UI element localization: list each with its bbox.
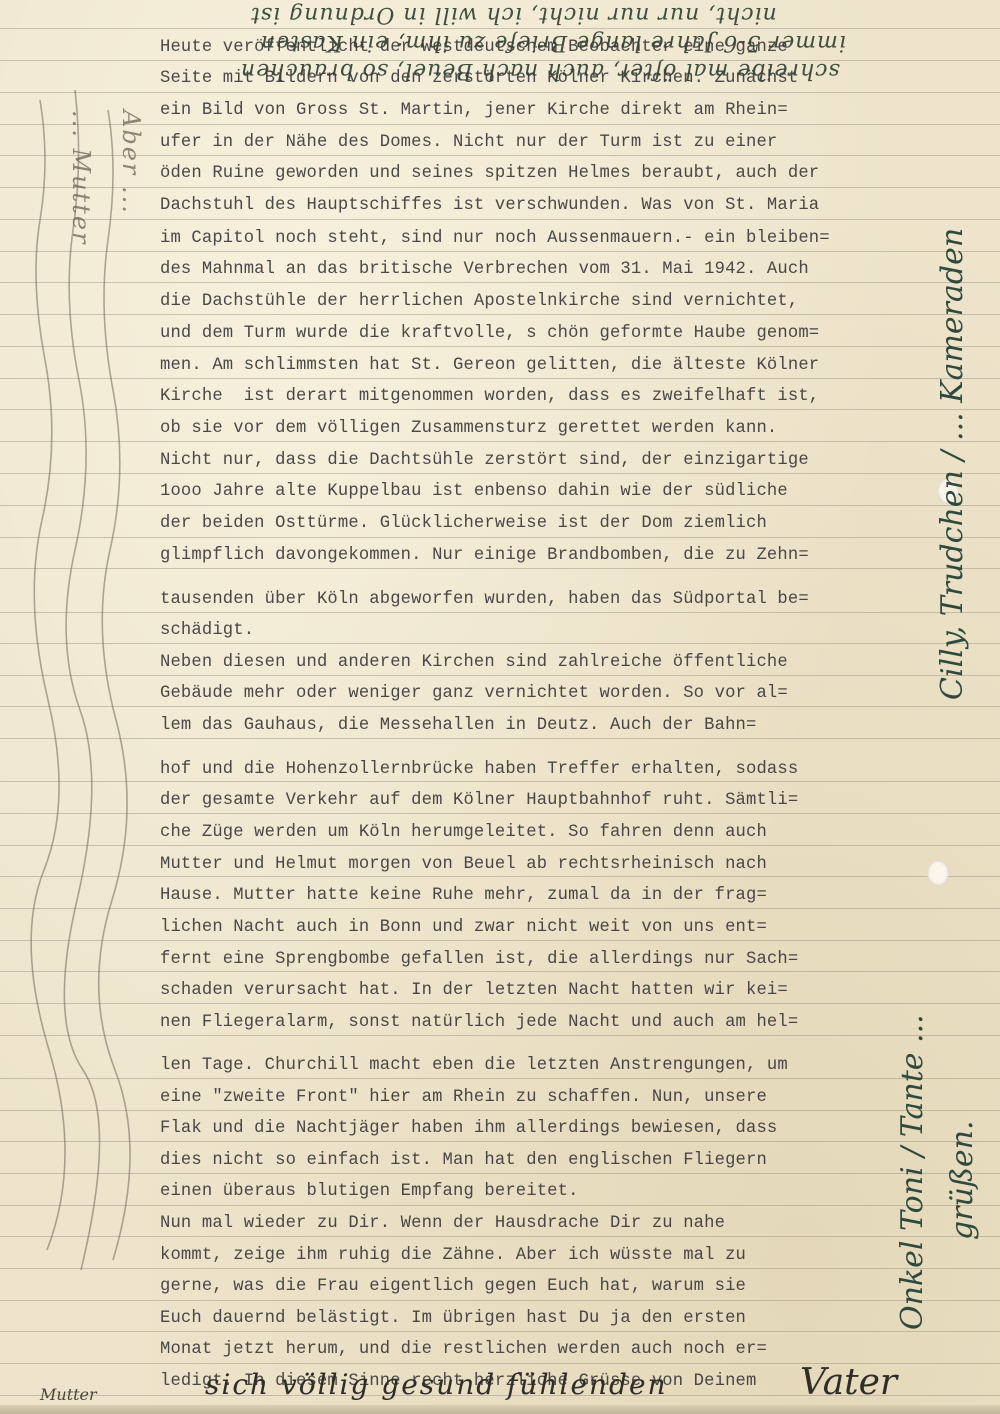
- ruled-line: [0, 1236, 1000, 1237]
- typed-line: Euch dauernd belästigt. Im übrigen hast …: [160, 1309, 746, 1328]
- typed-line: der gesamte Verkehr auf dem Kölner Haupt…: [160, 791, 798, 810]
- typed-line: der beiden Osttürme. Glücklicherweise is…: [160, 514, 767, 533]
- ruled-line: [0, 781, 1000, 782]
- typed-line: len Tage. Churchill macht eben die letzt…: [160, 1056, 788, 1075]
- ruled-line: [0, 1300, 1000, 1301]
- typed-line: hof und die Hohenzollernbrücke haben Tre…: [160, 760, 798, 779]
- ruled-line: [0, 537, 1000, 538]
- typed-line: Mutter und Helmut morgen von Beuel ab re…: [160, 855, 767, 874]
- ruled-line: [0, 706, 1000, 707]
- typed-line: Hause. Mutter hatte keine Ruhe mehr, zum…: [160, 886, 767, 905]
- ruled-line: [0, 409, 1000, 410]
- ruled-line: [0, 282, 1000, 283]
- ruled-line: [0, 441, 1000, 442]
- handwritten-closing: sich völlig gesund fühlenden: [205, 1368, 668, 1401]
- typed-line: eine "zweite Front" hier am Rhein zu sch…: [160, 1088, 767, 1107]
- handwritten-right-line-1: Cilly, Trudchen / ... Kameraden: [935, 228, 970, 700]
- ruled-line: [0, 675, 1000, 676]
- typed-line: glimpflich davongekommen. Nur einige Bra…: [160, 546, 809, 565]
- ruled-line: [0, 568, 1000, 569]
- ruled-line: [0, 971, 1000, 972]
- ruled-line: [0, 738, 1000, 739]
- letter-page: nicht, nur nur nicht, ich will in Ordnun…: [0, 0, 1000, 1414]
- ruled-line: [0, 346, 1000, 347]
- punch-hole: [927, 860, 949, 886]
- typed-line: Kirche ist derart mitgenommen worden, da…: [160, 387, 819, 406]
- typed-line: Gebäude mehr oder weniger ganz vernichte…: [160, 684, 788, 703]
- typed-line: lem das Gauhaus, die Messehallen in Deut…: [160, 716, 756, 735]
- ruled-line: [0, 1331, 1000, 1332]
- typed-line: nen Fliegeralarm, sonst natürlich jede N…: [160, 1013, 798, 1032]
- typed-line: men. Am schlimmsten hat St. Gereon gelit…: [160, 356, 819, 375]
- typed-line: im Capitol noch steht, sind nur noch Aus…: [160, 229, 830, 248]
- typed-line: einen überaus blutigen Empfang bereitet.: [160, 1182, 579, 1201]
- ruled-line: [0, 876, 1000, 877]
- ruled-line: [0, 314, 1000, 315]
- typed-line: Neben diesen und anderen Kirchen sind za…: [160, 653, 788, 672]
- ruled-line: [0, 505, 1000, 506]
- ruled-line: [0, 187, 1000, 188]
- typed-line: Monat jetzt herum, und die restlichen we…: [160, 1340, 767, 1359]
- ruled-line: [0, 251, 1000, 252]
- ruled-line: [0, 1110, 1000, 1111]
- typed-line: Flak und die Nachtjäger haben ihm allerd…: [160, 1119, 777, 1138]
- typed-line: dies nicht so einfach ist. Man hat den e…: [160, 1151, 767, 1170]
- typed-line: fernt eine Sprengbombe gefallen ist, die…: [160, 950, 798, 969]
- typed-line: Seite mit Bildern von den zerstörten Köl…: [160, 69, 798, 88]
- ruled-line: [0, 1205, 1000, 1206]
- ruled-line: [0, 378, 1000, 379]
- ruled-line: [0, 1141, 1000, 1142]
- ruled-line: [0, 940, 1000, 941]
- typed-line: lichen Nacht auch in Bonn und zwar nicht…: [160, 918, 767, 937]
- ruled-line: [0, 124, 1000, 125]
- ruled-line: [0, 813, 1000, 814]
- typed-line: schädigt.: [160, 621, 254, 640]
- typed-line: 1ooo Jahre alte Kuppelbau ist enbenso da…: [160, 482, 788, 501]
- ruled-line: [0, 908, 1000, 909]
- ruled-line: [0, 28, 1000, 29]
- ruled-line: [0, 92, 1000, 93]
- handwritten-right-line-2: Onkel Toni / Tante ...: [895, 1014, 930, 1330]
- handwritten-top-line-1: nicht, nur nur nicht, ich will in Ordnun…: [250, 2, 777, 27]
- typed-line: Dachstuhl des Hauptschiffes ist verschwu…: [160, 196, 819, 215]
- handwritten-left-margin-scribbles: [20, 90, 140, 1380]
- ruled-line: [0, 219, 1000, 220]
- ruled-line: [0, 473, 1000, 474]
- handwritten-right-line-3: grüßen.: [945, 1120, 980, 1240]
- typed-line: ufer in der Nähe des Domes. Nicht nur de…: [160, 133, 777, 152]
- typed-line: che Züge werden um Köln herumgeleitet. S…: [160, 823, 767, 842]
- ruled-line: [0, 1003, 1000, 1004]
- ruled-line: [0, 155, 1000, 156]
- ruled-line: [0, 612, 1000, 613]
- typed-line: Heute veröffentlicht der Westdeutschem B…: [160, 38, 788, 57]
- handwritten-bottom-left-note: Mutter: [40, 1385, 97, 1404]
- typed-line: tausenden über Köln abgeworfen wurden, h…: [160, 590, 809, 609]
- typed-line: ob sie vor dem völligen Zusammensturz ge…: [160, 419, 777, 438]
- ruled-line: [0, 643, 1000, 644]
- typed-line: und dem Turm wurde die kraftvolle, s chö…: [160, 324, 819, 343]
- ruled-line: [0, 1035, 1000, 1036]
- typed-line: schaden verursacht hat. In der letzten N…: [160, 981, 788, 1000]
- ruled-line: [0, 845, 1000, 846]
- typed-line: gerne, was die Frau eigentlich gegen Euc…: [160, 1277, 746, 1296]
- ruled-line: [0, 1173, 1000, 1174]
- signature: Vater: [800, 1362, 897, 1403]
- typed-line: kommt, zeige ihm ruhig die Zähne. Aber i…: [160, 1246, 746, 1265]
- typed-line: Nicht nur, dass die Dachtsühle zerstört …: [160, 451, 809, 470]
- typed-line: ein Bild von Gross St. Martin, jener Kir…: [160, 101, 788, 120]
- typed-line: öden Ruine geworden und seines spitzen H…: [160, 164, 819, 183]
- paper-bottom-edge: [0, 1405, 1000, 1414]
- typed-line: die Dachstühle der herrlichen Apostelnki…: [160, 292, 798, 311]
- typed-line: des Mahnmal an das britische Verbrechen …: [160, 260, 809, 279]
- ruled-line: [0, 1078, 1000, 1079]
- ruled-line: [0, 1268, 1000, 1269]
- typed-line: Nun mal wieder zu Dir. Wenn der Hausdrac…: [160, 1214, 725, 1233]
